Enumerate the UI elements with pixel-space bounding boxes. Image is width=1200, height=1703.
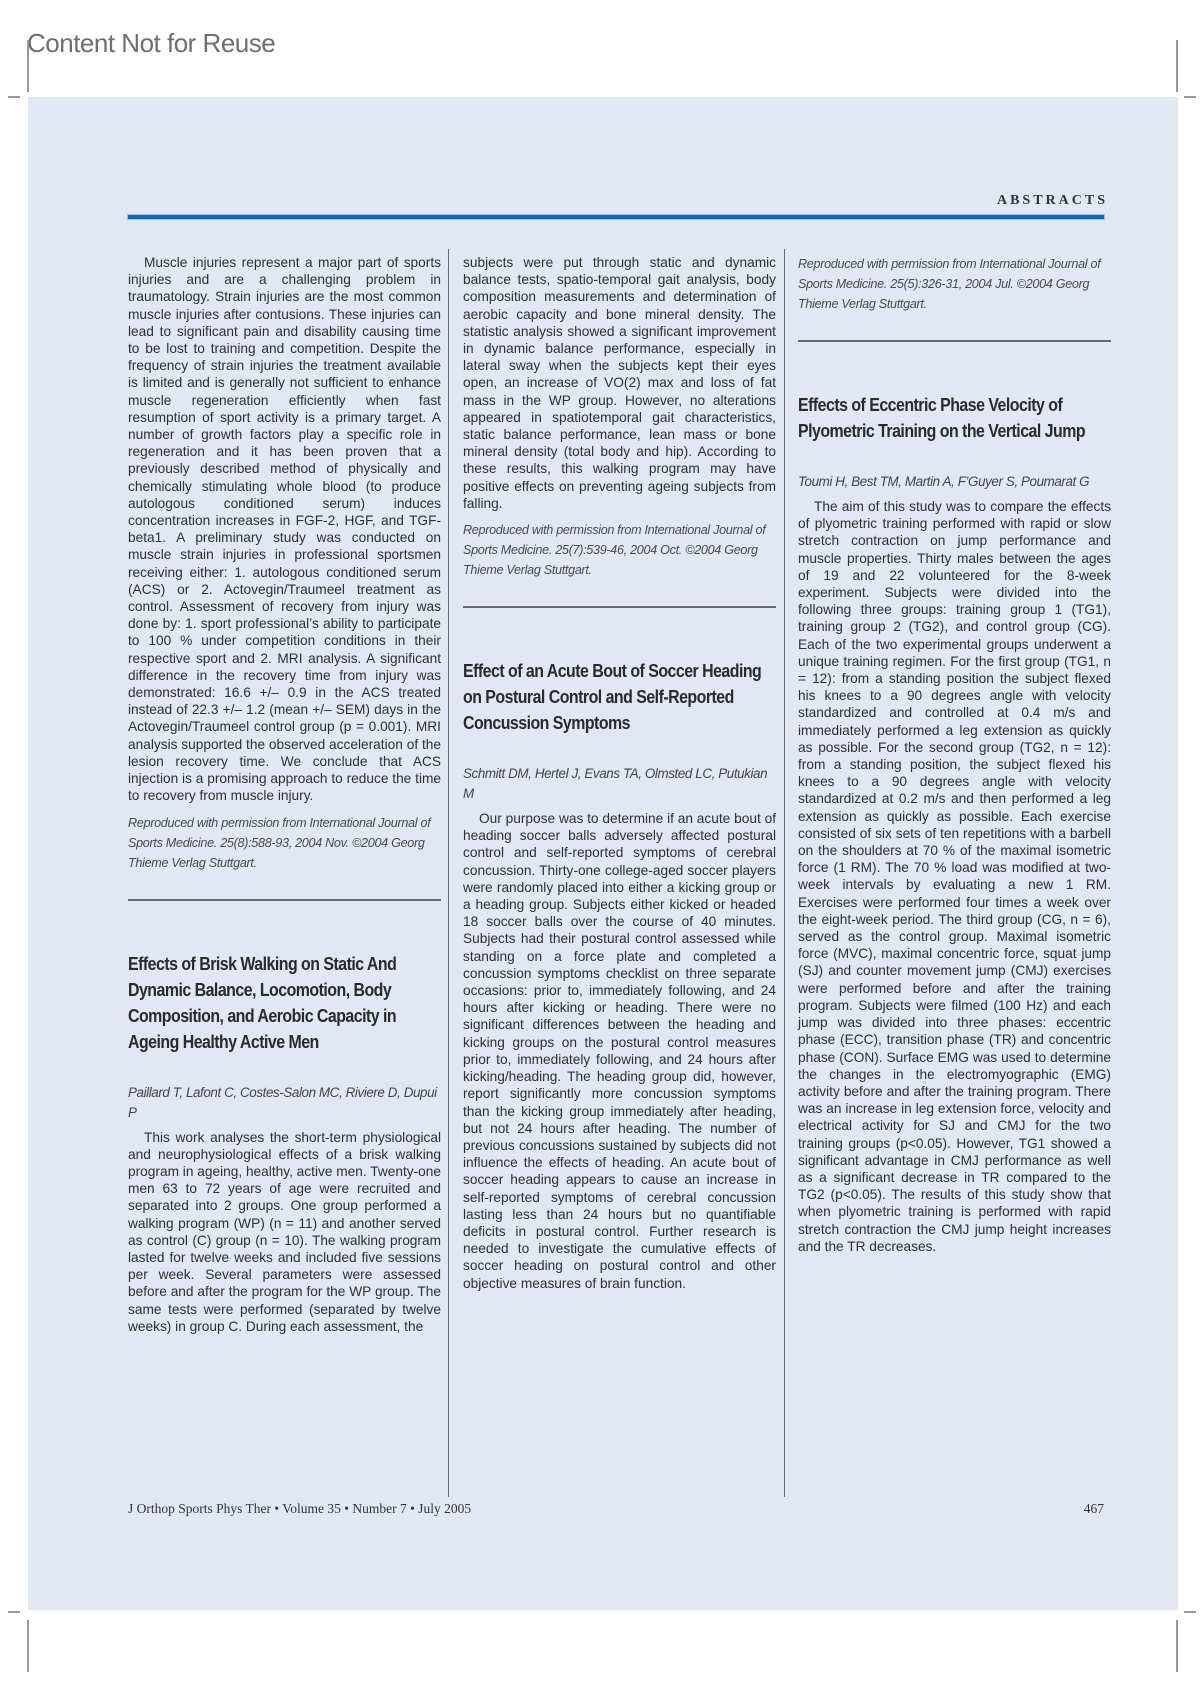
abstract-1-body: Muscle injuries represent a major part o… bbox=[128, 254, 441, 805]
crop-mark-right-tick-bottom bbox=[1184, 1611, 1196, 1613]
column-1: Muscle injuries represent a major part o… bbox=[128, 254, 441, 1335]
column-divider-2 bbox=[784, 249, 785, 1497]
crop-mark-top-left bbox=[27, 40, 29, 92]
watermark: Content Not for Reuse bbox=[27, 28, 275, 59]
abstract-separator bbox=[128, 899, 441, 901]
journal-page: ABSTRACTS Muscle injuries represent a ma… bbox=[28, 97, 1178, 1610]
abstract-3-reproduction-note: Reproduced with permission from Internat… bbox=[798, 254, 1111, 314]
abstract-4-authors: Toumi H, Best TM, Martin A, F’Guyer S, P… bbox=[798, 472, 1111, 492]
header-rule bbox=[128, 215, 1104, 219]
crop-mark-right-tick-top bbox=[1184, 96, 1196, 98]
abstract-separator bbox=[798, 340, 1111, 342]
crop-mark-left-tick-bottom bbox=[8, 1611, 20, 1613]
section-label: ABSTRACTS bbox=[997, 193, 1108, 209]
column-2: subjects were put through static and dyn… bbox=[463, 254, 776, 1292]
abstract-2-title: Effects of Brisk Walking on Static And D… bbox=[128, 951, 440, 1055]
abstract-4-title: Effects of Eccentric Phase Velocity of P… bbox=[798, 392, 1110, 444]
abstract-4-body: The aim of this study was to compare the… bbox=[798, 498, 1111, 1255]
crop-mark-bottom-right bbox=[1176, 1620, 1178, 1672]
crop-mark-top-right bbox=[1176, 40, 1178, 92]
crop-mark-left-tick-top bbox=[8, 96, 20, 98]
column-divider-1 bbox=[448, 249, 449, 1497]
abstract-2-body-part-2: subjects were put through static and dyn… bbox=[463, 254, 776, 512]
page-number: 467 bbox=[1084, 1501, 1104, 1517]
abstract-3-body: Our purpose was to determine if an acute… bbox=[463, 810, 776, 1292]
abstract-2-reproduction-note: Reproduced with permission from Internat… bbox=[463, 520, 776, 580]
column-3: Reproduced with permission from Internat… bbox=[798, 254, 1111, 1255]
page-footer: J Orthop Sports Phys Ther • Volume 35 • … bbox=[128, 1501, 1104, 1517]
journal-citation: J Orthop Sports Phys Ther • Volume 35 • … bbox=[128, 1501, 471, 1517]
abstract-2-body-part-1: This work analyses the short-term physio… bbox=[128, 1129, 441, 1335]
abstract-2-authors: Paillard T, Lafont C, Costes-Salon MC, R… bbox=[128, 1083, 441, 1123]
abstract-3-title: Effect of an Acute Bout of Soccer Headin… bbox=[463, 658, 775, 736]
abstract-1-reproduction-note: Reproduced with permission from Internat… bbox=[128, 813, 441, 873]
abstract-separator bbox=[463, 606, 776, 608]
abstract-3-authors: Schmitt DM, Hertel J, Evans TA, Olmsted … bbox=[463, 764, 776, 804]
crop-mark-bottom-left bbox=[27, 1620, 29, 1672]
